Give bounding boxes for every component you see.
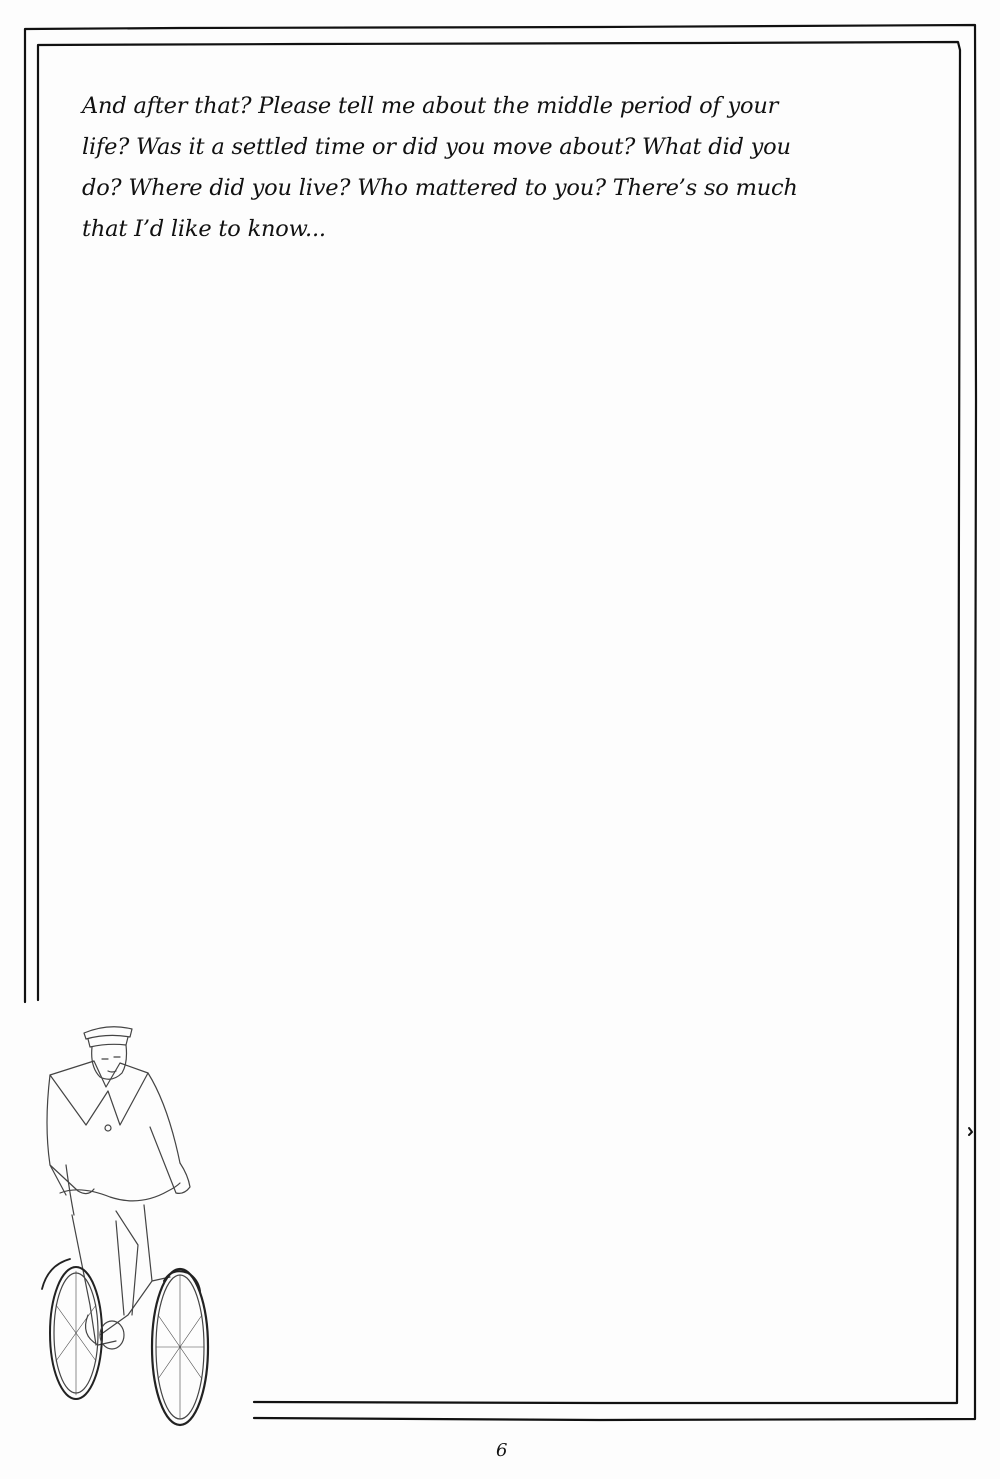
journal-page: And after that? Please tell me about the… <box>0 0 1000 1479</box>
sailor-cap <box>84 1027 132 1039</box>
prompt-line: do? Where did you live? Who mattered to … <box>82 168 912 209</box>
sailor-head <box>92 1045 127 1079</box>
bicycle-handlebar <box>60 1183 180 1201</box>
sailor-on-bicycle-illustration <box>20 1015 220 1435</box>
page-number: 6 <box>496 1440 507 1461</box>
prompt-line: that I’d like to know... <box>82 209 912 250</box>
bicycle-frame <box>100 1205 170 1335</box>
memory-prompt: And after that? Please tell me about the… <box>82 86 912 250</box>
prompt-line: And after that? Please tell me about the… <box>82 86 912 127</box>
prompt-line: life? Was it a settled time or did you m… <box>82 127 912 168</box>
sailor-collar <box>50 1061 148 1125</box>
